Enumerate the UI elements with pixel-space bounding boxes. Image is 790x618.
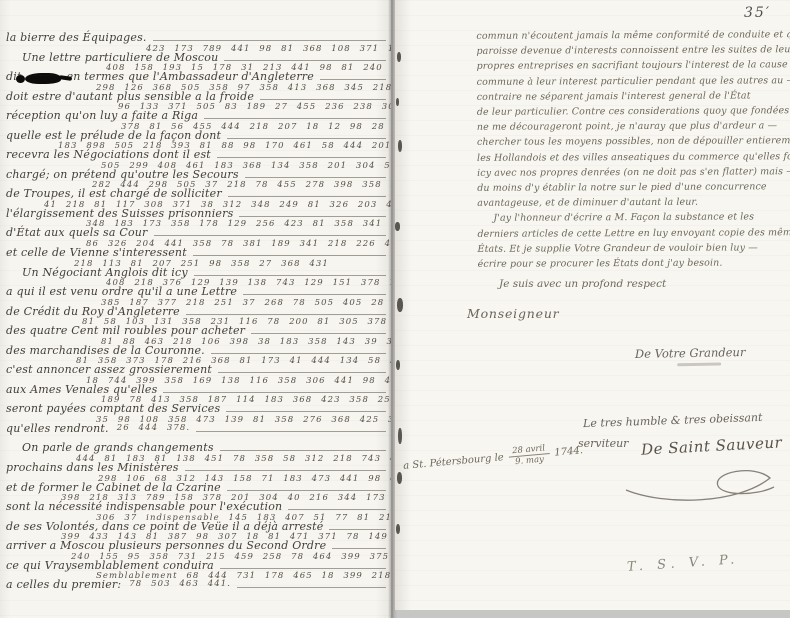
cipher-entry: quelle est le prélude de la façon dont18…: [6, 130, 388, 150]
ruled-dash: [288, 509, 386, 510]
ruled-dash: [196, 431, 386, 432]
cipher-entries: la bierre des Équipages.423 173 789 441 …: [6, 32, 388, 599]
date-year: 1744.: [554, 445, 583, 458]
ruled-dash: [260, 99, 386, 100]
cipher-plaintext: qu'elles rendront.: [6, 423, 109, 434]
cipher-entry: arriver a Moscou plusieurs personnes du …: [6, 540, 388, 560]
cipher-entry: la bierre des Équipages.423 173 789 441 …: [6, 32, 388, 52]
cipher-entry: de Crédit du Roy d'Angleterre81 58 103 1…: [6, 306, 388, 326]
ruled-dash: [217, 157, 386, 158]
ruled-dash: [204, 118, 386, 119]
ruled-dash: [218, 372, 386, 373]
cipher-entry: Un Négociant Anglois dit icy408 218 376 …: [6, 267, 388, 287]
ruled-dash: [227, 490, 386, 491]
letter-line: chercher tous les moyens possibles, non …: [477, 134, 790, 151]
closing-respect: Je suis avec un profond respect: [499, 278, 666, 290]
letter-line: écrire pour se procurer les États dont j…: [478, 255, 790, 272]
cipher-entry: d'État aux quels sa Cour86 326 204 441 3…: [6, 227, 388, 247]
cipher-entry: seront payées comptant des Services35 98…: [6, 403, 388, 423]
cipher-entry: des quatre Cent mil roubles pour acheter…: [6, 325, 388, 345]
signature: De Saint Sauveur: [641, 433, 783, 458]
cipher-plaintext: Une lettre particuliere de Moscou: [22, 52, 218, 63]
ruled-dash: [194, 275, 386, 276]
left-page: la bierre des Équipages.423 173 789 441 …: [0, 0, 391, 618]
scan-artifact: [396, 360, 400, 370]
letter-line: J'ay l'honneur d'écrire a M. Façon la su…: [477, 210, 790, 227]
cipher-entry: a celles du premier:78 503 463 441.: [6, 579, 388, 599]
cipher-plaintext: ce qui Vraysemblablement conduira: [6, 560, 214, 571]
cipher-entry: de Troupes, il est chargé de solliciter4…: [6, 188, 388, 208]
ruled-dash: [243, 294, 386, 295]
cipher-plaintext: des quatre Cent mil roubles pour acheter: [6, 325, 245, 336]
ruled-dash: [186, 314, 386, 315]
tsvp-note: T. S. V. P.: [627, 552, 740, 575]
ruled-dash: [228, 196, 386, 197]
ruled-dash: [224, 60, 386, 61]
cipher-plaintext: réception qu'on luy a faite a Riga: [6, 110, 198, 121]
cipher-numbers: 78 503 463 441.: [129, 580, 231, 589]
cipher-entry: et de former le Cabinet de la Czarine398…: [6, 482, 388, 502]
cipher-plaintext: aux Ames Venales qu'elles: [6, 384, 157, 395]
scan-artifact: [398, 428, 402, 444]
cipher-plaintext: et de former le Cabinet de la Czarine: [6, 482, 221, 493]
ruled-dash: [220, 568, 386, 569]
ink-blot-icon: [25, 73, 61, 84]
cipher-plaintext: prochains dans les Ministères: [6, 462, 179, 473]
letter-line: avantageuse, et de diminuer d'autant la …: [477, 194, 790, 211]
scan-artifact: [396, 98, 399, 106]
cipher-entry: de ses Volontés, dans ce point de Veüe i…: [6, 521, 388, 541]
letter-line: propres entreprises en sacrifiant toujou…: [477, 58, 790, 75]
cipher-entry: ce qui Vraysemblablement conduiraSemblab…: [6, 560, 388, 580]
place-label: a St. Pétersbourg le: [403, 452, 504, 472]
cipher-entry: doit estre d'autant plus sensible a la f…: [6, 91, 388, 111]
cipher-plaintext: en termes que l'Ambassadeur d'Angleterre: [67, 71, 314, 82]
ruled-dash: [154, 235, 386, 236]
cipher-plaintext: la bierre des Équipages.: [6, 32, 147, 43]
scan-artifact: [397, 298, 403, 312]
ruled-dash: [237, 587, 386, 588]
cipher-plaintext: arriver a Moscou plusieurs personnes du …: [6, 540, 326, 551]
ruled-dash: [211, 353, 386, 354]
letter-line: icy avec nos propres denrées (on ne doit…: [477, 164, 790, 181]
ruled-dash: [227, 138, 386, 139]
cipher-plaintext: recevra les Négociations dont il est: [6, 149, 211, 160]
letter-line: contraire ne séparent jamais l'interest …: [477, 88, 790, 105]
cipher-entry: sont la nécessité indispensable pour l'e…: [6, 501, 388, 521]
ruled-dash: [226, 411, 386, 412]
ruled-dash: [251, 333, 386, 334]
cipher-plaintext: l'élargissement des Suisses prisonniers: [6, 208, 233, 219]
cipher-entry: recevra les Négociations dont il est505 …: [6, 149, 388, 169]
letter-line: commune à leur interest particulier pend…: [477, 73, 790, 90]
dual-date: 28 avril 9. may: [508, 443, 551, 467]
cipher-plaintext: seront payées comptant des Services: [6, 403, 220, 414]
cipher-plaintext: des marchandises de la Couronne.: [6, 345, 205, 356]
cipher-entry: et celle de Vienne s'interessent218 113 …: [6, 247, 388, 267]
ruled-dash: [239, 216, 386, 217]
cipher-plaintext: de Troupes, il est chargé de solliciter: [6, 188, 222, 199]
cipher-entry: chargé; on prétend qu'outre les Secours2…: [6, 169, 388, 189]
closing-serviteur: serviteur: [578, 437, 628, 450]
document-scan: la bierre des Équipages.423 173 789 441 …: [0, 0, 790, 618]
ruled-dash: [220, 450, 386, 451]
scan-artifact: [398, 140, 402, 152]
cipher-plaintext: quelle est le prélude de la façon dont: [6, 130, 221, 141]
cipher-plaintext: Un Négociant Anglois dit icy: [22, 267, 188, 278]
cipher-plaintext: On parle de grands changements: [22, 442, 214, 453]
closing-grandeur: De Votre Grandeur: [635, 345, 746, 367]
letter-line: les Hollandois et des villes anseatiques…: [477, 149, 790, 166]
letter-line: du moins d'y établir la notre sur le pie…: [477, 179, 790, 196]
ruled-dash: [193, 255, 386, 256]
scan-artifact: [397, 472, 402, 484]
letter-line: paroisse devenue d'interests connoissent…: [476, 42, 790, 59]
ruled-dash: [320, 79, 386, 80]
ruled-dash: [185, 470, 386, 471]
cipher-entry: a qui il est venu ordre qu'il a une Lett…: [6, 286, 388, 306]
cipher-plaintext: chargé; on prétend qu'outre les Secours: [6, 169, 239, 180]
ruled-dash: [153, 40, 386, 41]
cipher-plaintext: de ses Volontés, dans ce point de Veüe i…: [6, 521, 323, 532]
cipher-plaintext: de Crédit du Roy d'Angleterre: [6, 306, 180, 317]
ruled-dash: [332, 548, 386, 549]
cipher-entry: réception qu'on luy a faite a Riga378 81…: [6, 110, 388, 130]
cipher-entry: aux Ames Venales qu'elles189 78 413 358 …: [6, 384, 388, 404]
page-number: 35′: [744, 5, 771, 21]
right-page: 35′ commun n'écoutent jamais la même con…: [395, 0, 790, 610]
cipher-entry: diten termes que l'Ambassadeur d'Anglete…: [6, 71, 388, 91]
closing-humble: Le tres humble & tres obeissant: [583, 411, 763, 430]
letter-line: ne me décourageront point, je n'auray qu…: [477, 118, 790, 135]
scan-artifact: [397, 52, 401, 62]
letter-body: commun n'écoutent jamais la même conform…: [476, 27, 790, 272]
ruled-dash: [163, 392, 386, 393]
scan-artifact: [396, 524, 400, 534]
cipher-entry: l'élargissement des Suisses prisonniers3…: [6, 208, 388, 228]
cipher-entry: des marchandises de la Couronne.81 358 3…: [6, 345, 388, 365]
closing-monseigneur: Monseigneur: [467, 306, 559, 321]
letter-line: États. Et je supplie Votre Grandeur de v…: [477, 240, 790, 257]
letter-line: derniers articles de cette Lettre en luy…: [477, 225, 790, 242]
signature-flourish-icon: [620, 460, 785, 510]
cipher-entry: Une lettre particuliere de Moscou408 158…: [6, 52, 388, 72]
letter-line: de leur particulier. Contre ces consider…: [477, 103, 790, 120]
cipher-entry: prochains dans les Ministères298 106 68 …: [6, 462, 388, 482]
cipher-plaintext: sont la nécessité indispensable pour l'e…: [6, 501, 282, 512]
cipher-entry: On parle de grands changements444 81 183…: [6, 442, 388, 462]
letter-line: commun n'écoutent jamais la même conform…: [476, 27, 790, 44]
date-new-style: 9. may: [515, 455, 545, 467]
cipher-plaintext: a celles du premier:: [6, 579, 121, 590]
place-date: a St. Pétersbourg le 28 avril 9. may 174…: [402, 440, 583, 477]
cipher-numbers: 26 444 378.: [117, 424, 190, 433]
ruled-dash: [329, 529, 386, 530]
ruled-dash: [245, 177, 386, 178]
scan-artifact: [395, 222, 400, 231]
cipher-plaintext: d'État aux quels sa Cour: [6, 227, 148, 238]
cipher-plaintext: a qui il est venu ordre qu'il a une Lett…: [6, 286, 237, 297]
cipher-entry: c'est annoncer assez grossierement18 744…: [6, 364, 388, 384]
cipher-plaintext: et celle de Vienne s'interessent: [6, 247, 187, 258]
cipher-entry: qu'elles rendront.26 444 378.: [6, 423, 388, 443]
cipher-plaintext: c'est annoncer assez grossierement: [6, 364, 212, 375]
cipher-plaintext: doit estre d'autant plus sensible a la f…: [6, 91, 254, 102]
